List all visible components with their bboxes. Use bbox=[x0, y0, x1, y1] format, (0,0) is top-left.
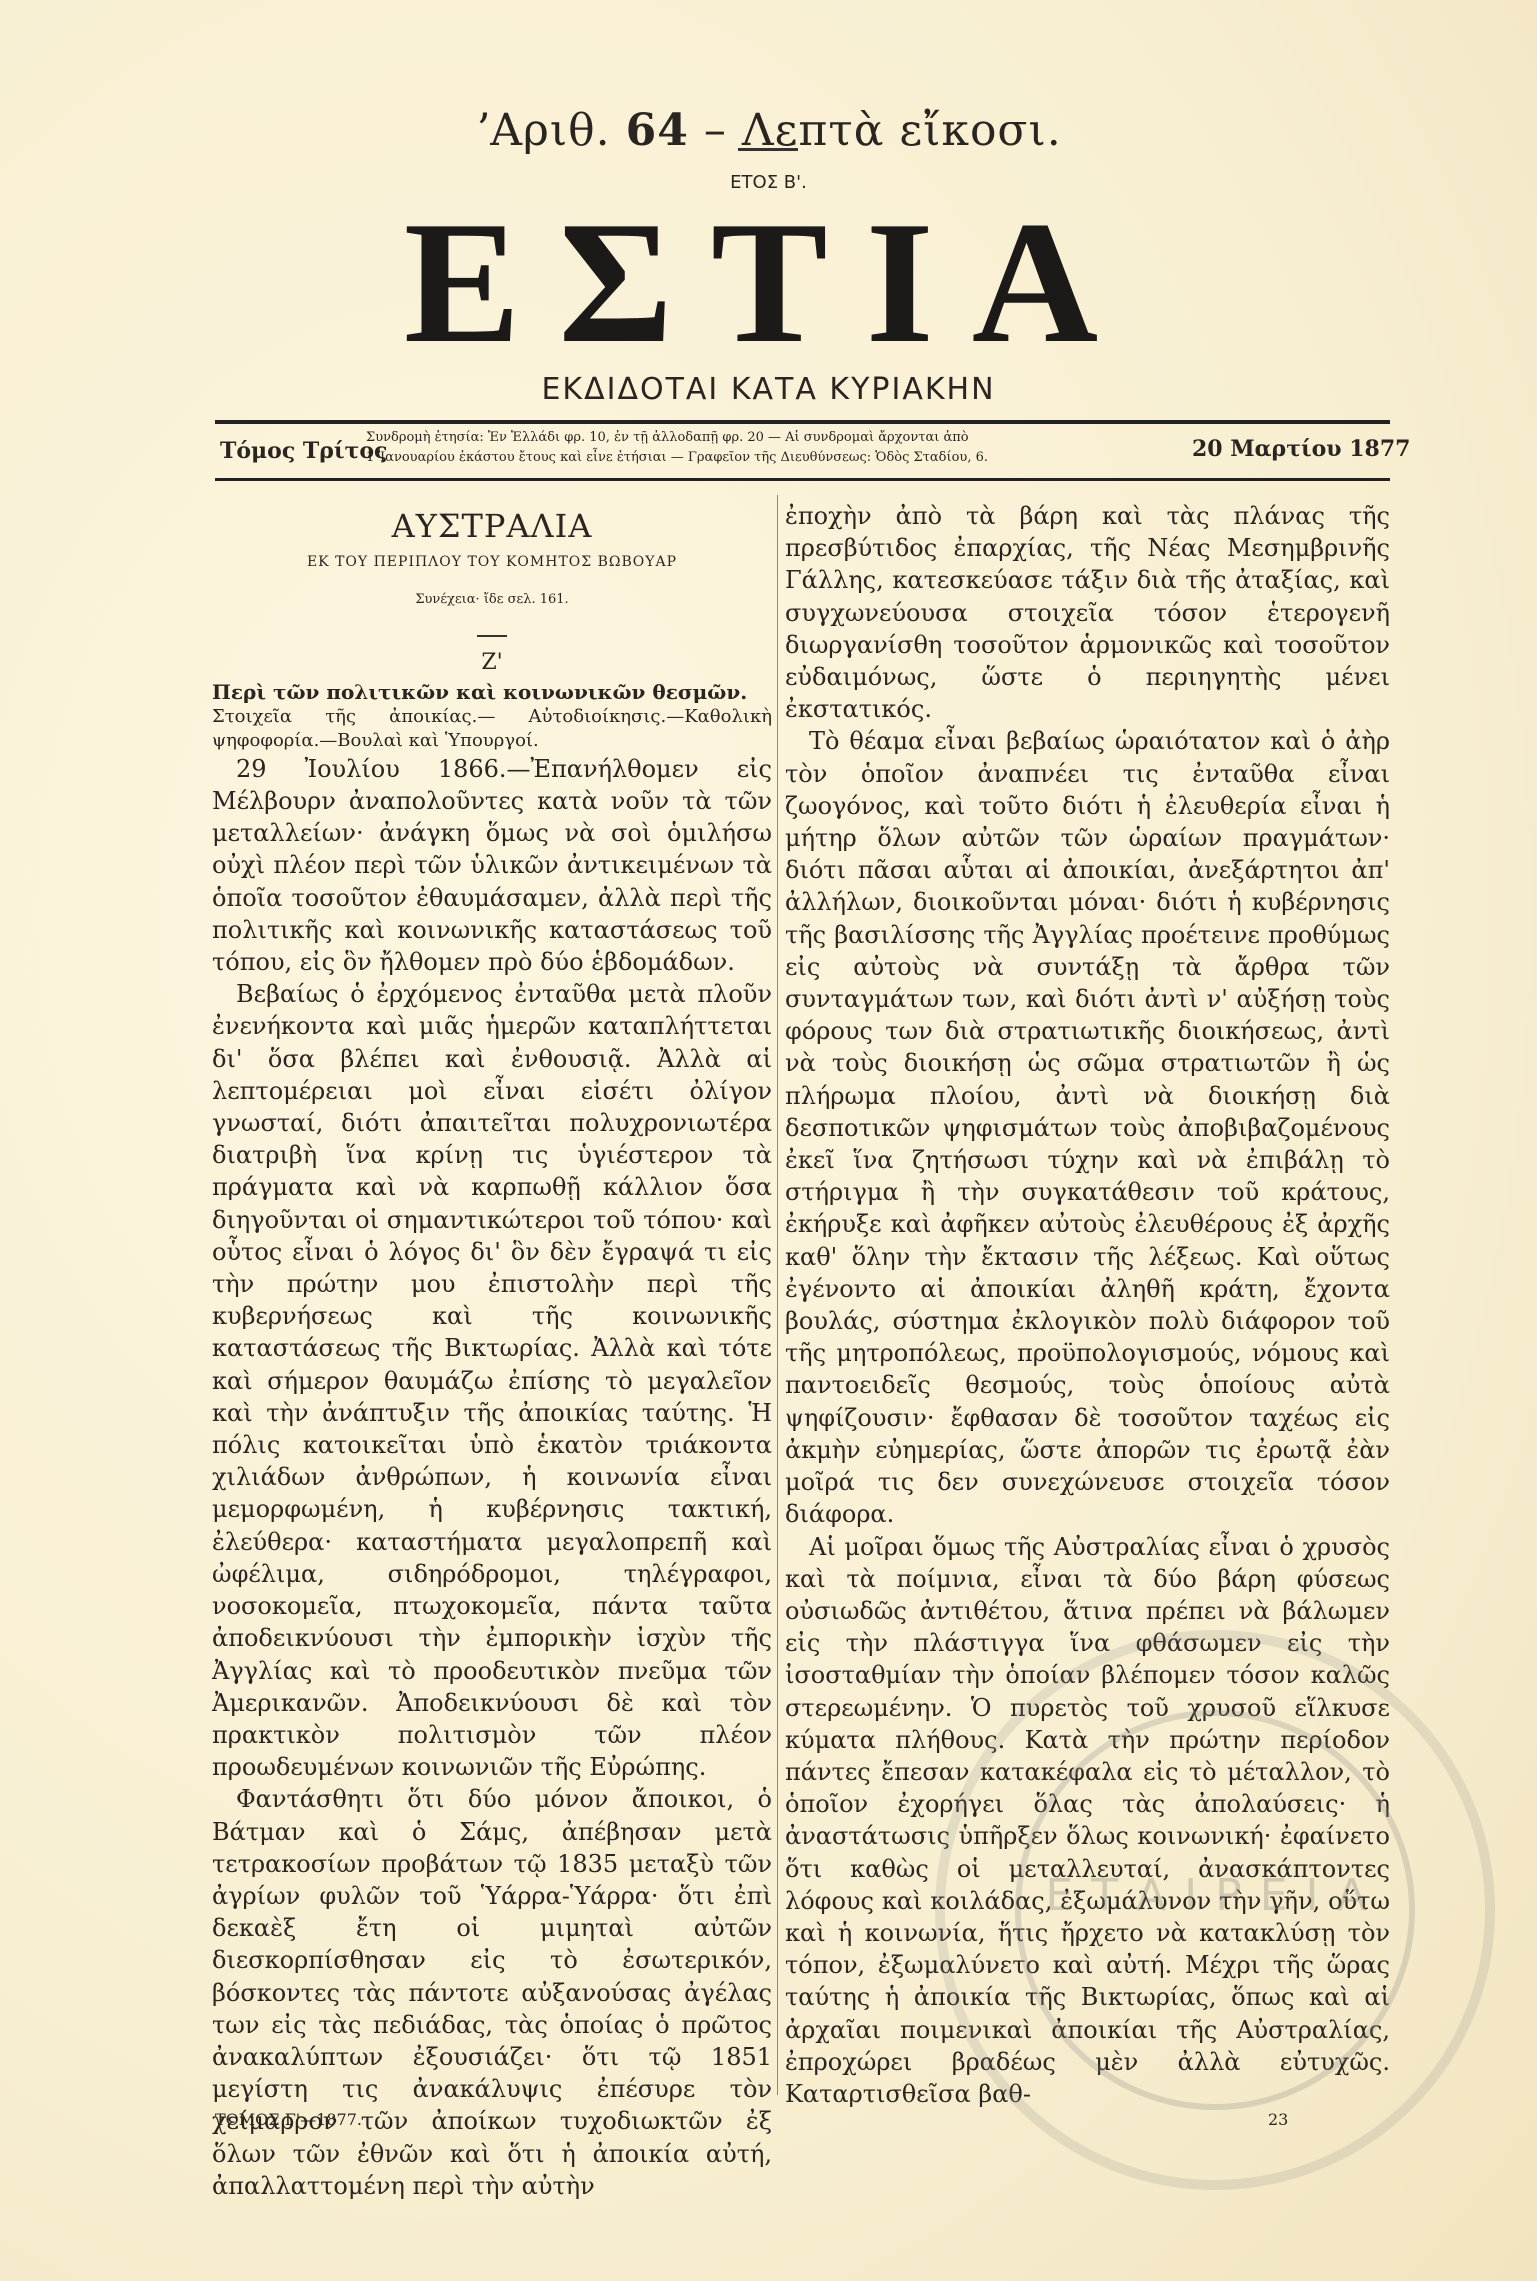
issue-prefix: ʼΑριθ. bbox=[475, 105, 610, 156]
paragraph: ἐποχὴν ἀπὸ τὰ βάρη καὶ τὰς πλάνας τῆς πρ… bbox=[785, 500, 1390, 725]
footer-volume: ΤΟΜΟΣ Γ'—1877. bbox=[215, 2110, 362, 2129]
stamp-text: ΕΤΑΙΡΕΙΑ bbox=[945, 1870, 1485, 1921]
header-rule-top bbox=[215, 420, 1390, 424]
chapter-number: Ζ' bbox=[212, 647, 772, 679]
column-divider bbox=[777, 495, 778, 2095]
paragraph: 29 Ἰουλίου 1866.—Ἐπανήλθομεν εἰς Μέλβουρ… bbox=[212, 753, 772, 978]
library-stamp-icon: ΕΤΑΙΡΕΙΑ bbox=[935, 1630, 1495, 2190]
issue-number: 64 bbox=[626, 105, 689, 156]
article-subtitle: ΕΚ ΤΟΥ ΠΕΡΙΠΛΟΥ ΤΟΥ ΚΟΜΗΤΟΣ ΒΩΒΟΥΑΡ bbox=[212, 546, 772, 578]
paragraph: Φαντάσθητι ὅτι δύο μόνον ἄποικοι, ὁ Βάτμ… bbox=[212, 1783, 772, 2202]
publication-frequency: ΕΚΔΙΔΟΤΑΙ ΚΑΤΑ ΚΥΡΙΑΚΗΝ bbox=[0, 372, 1537, 407]
newspaper-page: ʼΑριθ. 64 – Λεπτὰ εἴκοσι. ΕΤΟΣ Β'. ΕΣΤΙΑ… bbox=[0, 0, 1537, 2281]
masthead-title: ΕΣΤΙΑ bbox=[220, 195, 1320, 370]
section-summary: Στοιχεῖα τῆς ἀποικίας.— Αὐτοδιοίκησις.—Κ… bbox=[212, 705, 772, 753]
issue-date: 20 Μαρτίου 1877 bbox=[1192, 436, 1410, 462]
paragraph: Τὸ θέαμα εἶναι βεβαίως ὡραιότατον καὶ ὁ … bbox=[785, 725, 1390, 1530]
subscription-line-2: 1 Ἰανουαρίου ἑκάστου ἔτους καὶ εἶνε ἐτήσ… bbox=[366, 448, 1136, 468]
subscription-info: Συνδρομὴ ἐτησία: Ἐν Ἑλλάδι φρ. 10, ἐν τῇ… bbox=[366, 428, 1136, 468]
left-column: ΑΥΣΤΡΑΛΙΑ ΕΚ ΤΟΥ ΠΕΡΙΠΛΟΥ ΤΟΥ ΚΟΜΗΤΟΣ ΒΩ… bbox=[212, 500, 772, 2202]
subscription-line-1: Συνδρομὴ ἐτησία: Ἐν Ἑλλάδι φρ. 10, ἐν τῇ… bbox=[366, 428, 1136, 448]
paragraph: Βεβαίως ὁ ἐρχόμενος ἐνταῦθα μετὰ πλοῦν ἐ… bbox=[212, 978, 772, 1783]
header-rule-bottom bbox=[215, 478, 1390, 481]
section-heading: Περὶ τῶν πολιτικῶν καὶ κοινωνικῶν θεσμῶν… bbox=[212, 679, 772, 705]
continuation-note: Συνέχεια· ἴδε σελ. 161. bbox=[212, 584, 772, 616]
divider bbox=[477, 635, 507, 637]
article-title: ΑΥΣΤΡΑΛΙΑ bbox=[212, 510, 772, 542]
volume-label: Τόμος Τρίτος bbox=[220, 438, 387, 464]
divider bbox=[738, 148, 798, 151]
